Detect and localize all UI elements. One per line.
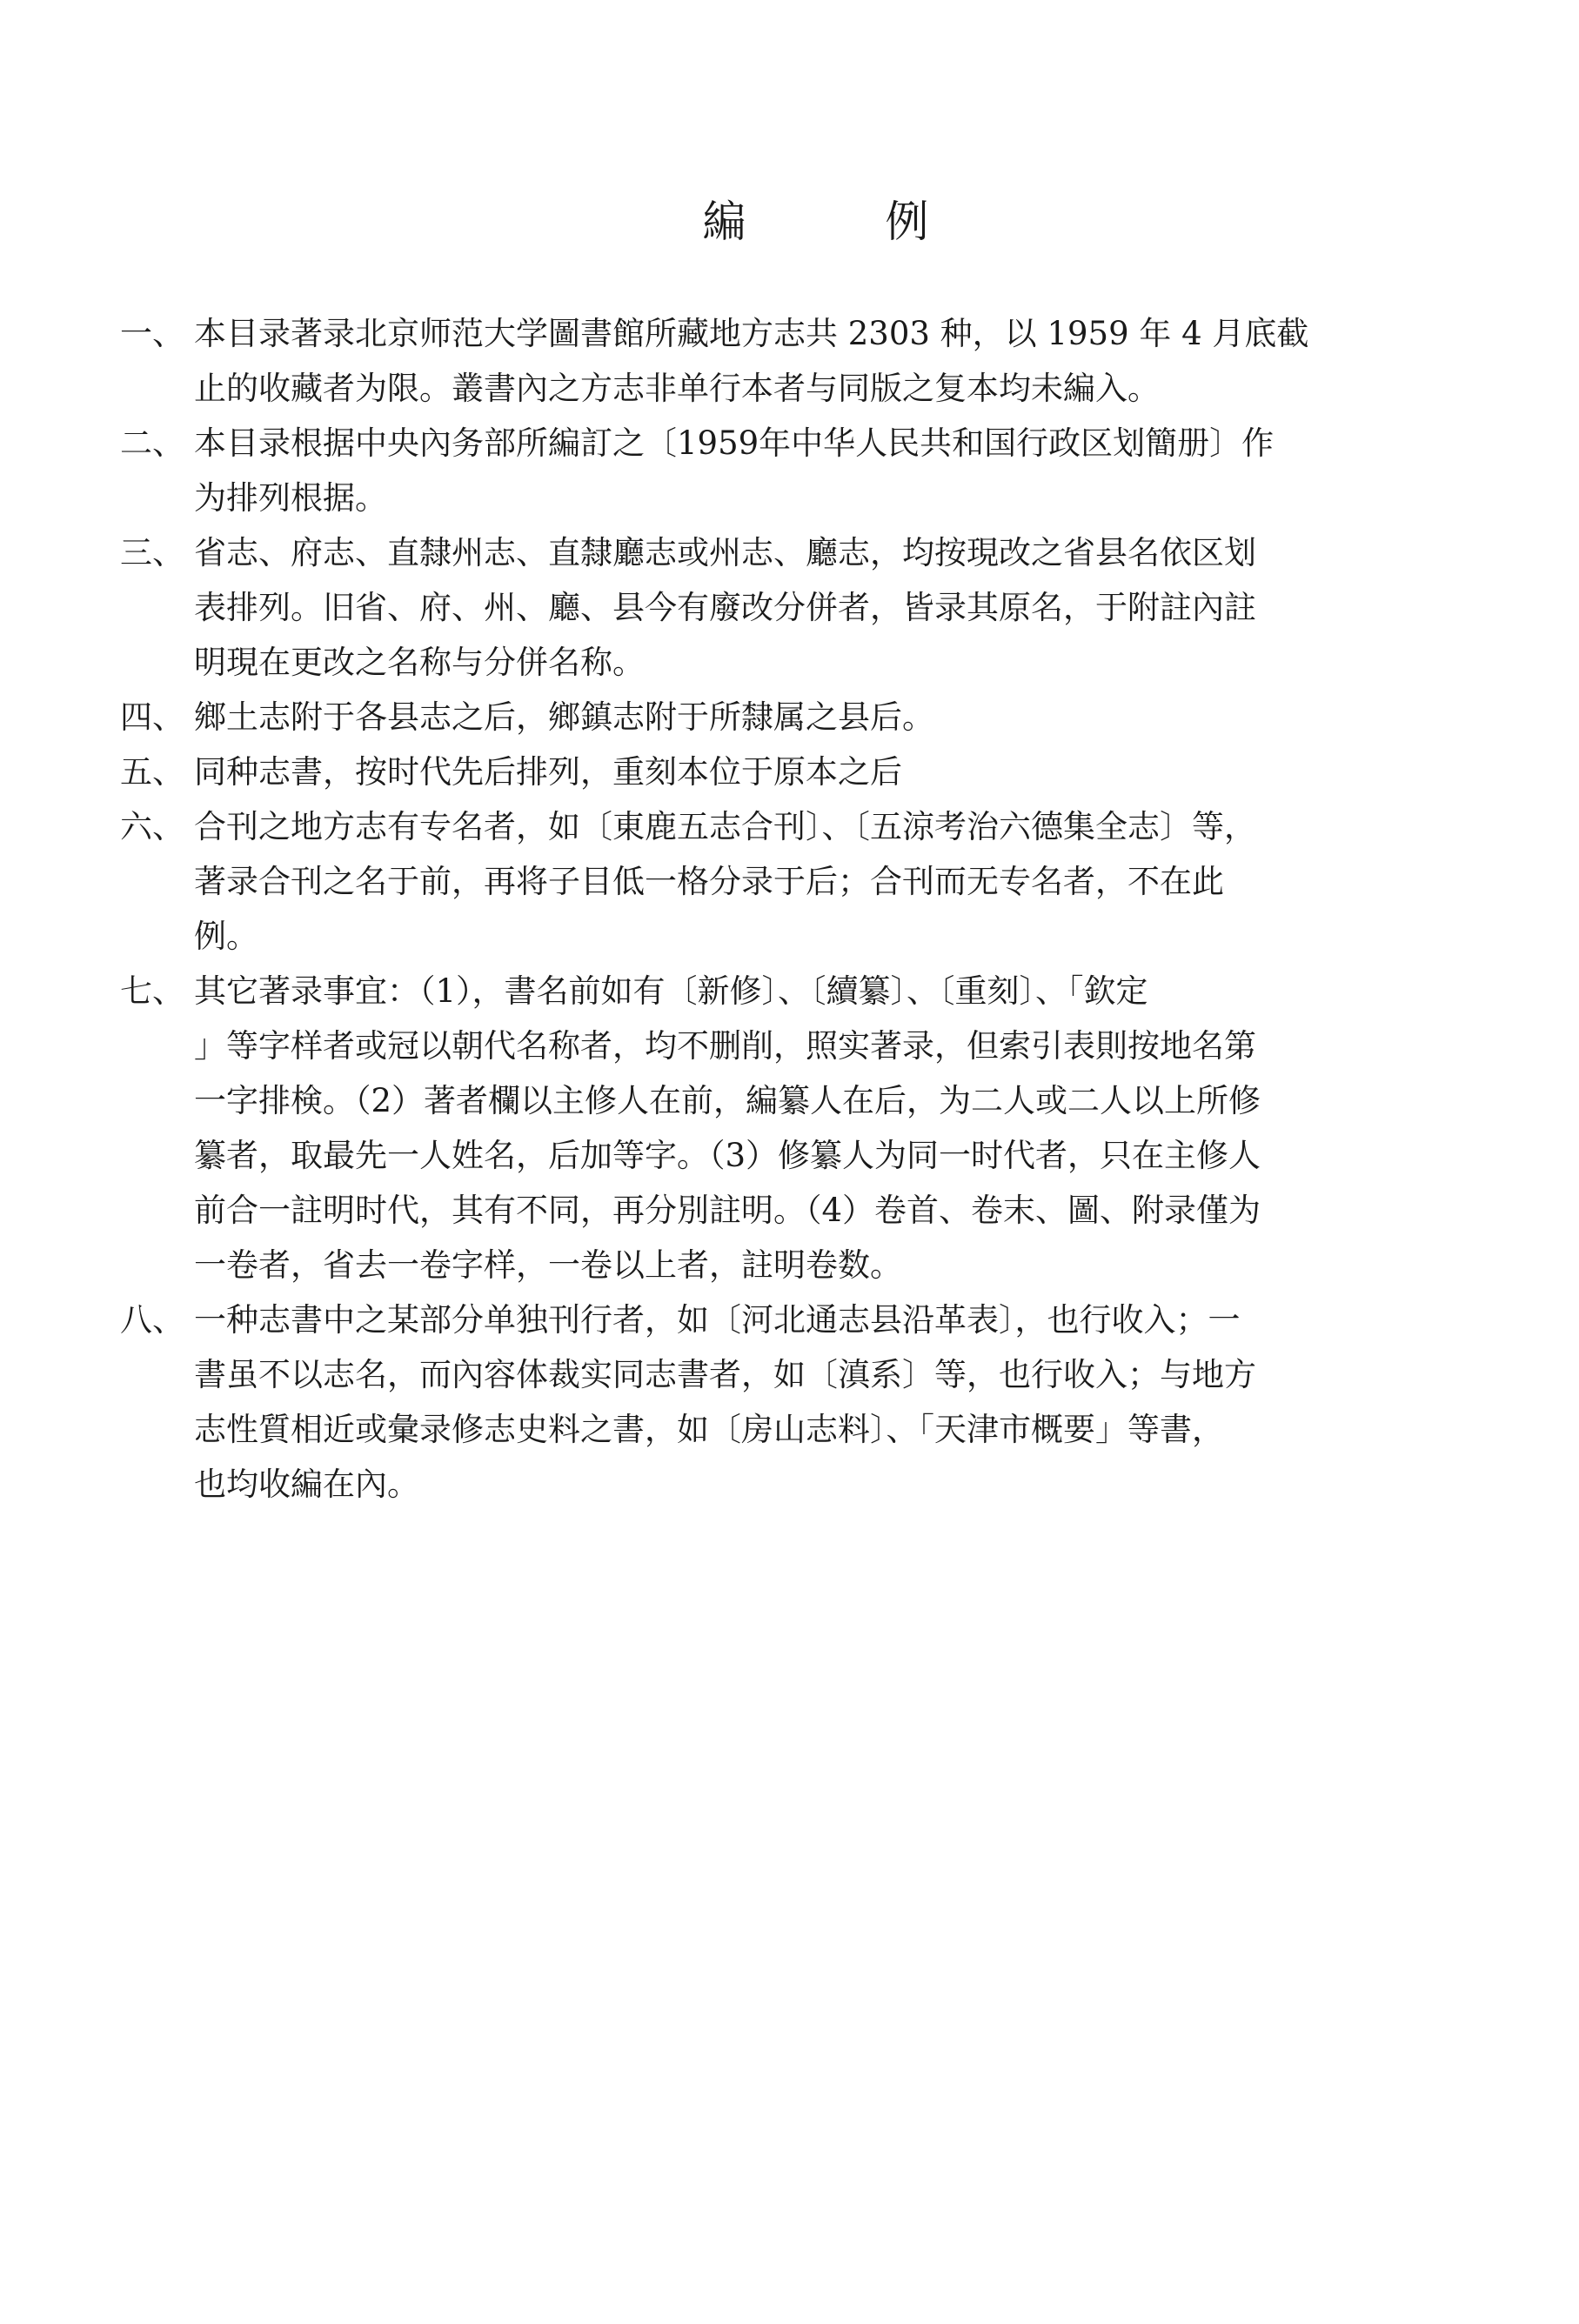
rule-item: 三、 省志、府志、直隸州志、直隸廳志或州志、廳志，均按現改之省县名依区划 表排列… <box>120 525 1399 690</box>
rule-item: 六、 合刊之地方志有专名者，如〔東鹿五志合刊〕、〔五涼考治六德集全志〕等， 著录… <box>120 799 1399 964</box>
rule-text: 省志、府志、直隸州志、直隸廳志或州志、廳志，均按現改之省县名依区划 表排列。旧省… <box>194 525 1399 690</box>
rule-line: 纂者，取最先一人姓名，后加等字。（3）修纂人为同一时代者，只在主修人 <box>194 1128 1399 1183</box>
document-page: 編例 一、 本目录著录北京师范大学圖書館所藏地方志共 2303 种，以 1959… <box>0 0 1579 2324</box>
rule-text: 其它著录事宜：（1），書名前如有〔新修〕、〔續纂〕、〔重刻〕、「欽定 」等字样者… <box>194 964 1399 1292</box>
rule-item: 七、 其它著录事宜：（1），書名前如有〔新修〕、〔續纂〕、〔重刻〕、「欽定 」等… <box>120 964 1399 1292</box>
rule-line: 其它著录事宜：（1），書名前如有〔新修〕、〔續纂〕、〔重刻〕、「欽定 <box>194 964 1399 1018</box>
rule-line: 合刊之地方志有专名者，如〔東鹿五志合刊〕、〔五涼考治六德集全志〕等， <box>194 799 1399 854</box>
rule-line: 同种志書，按时代先后排列，重刻本位于原本之后 <box>194 745 1399 799</box>
rule-line: 本目录著录北京师范大学圖書館所藏地方志共 2303 种，以 1959 年 4 月… <box>194 306 1399 361</box>
rule-number: 二、 <box>120 416 194 471</box>
rule-line: 著录合刊之名于前，再将子目低一格分录于后；合刊而无专名者，不在此 <box>194 854 1399 909</box>
rule-number: 三、 <box>120 525 194 580</box>
rule-line: 書虽不以志名，而內容体裁实同志書者，如〔滇系〕等，也行收入；与地方 <box>194 1347 1399 1402</box>
rule-line: 一种志書中之某部分单独刊行者，如〔河北通志县沿革表〕，也行收入；一 <box>194 1292 1399 1347</box>
rule-line: 例。 <box>194 909 1399 964</box>
rule-line: 止的收藏者为限。叢書內之方志非单行本者与同版之复本均未編入。 <box>194 361 1399 416</box>
rule-line: 本目录根据中央內务部所編訂之〔1959年中华人民共和国行政区划簡册〕作 <box>194 416 1399 471</box>
rule-line: 明現在更改之名称与分併名称。 <box>194 635 1399 690</box>
rule-text: 合刊之地方志有专名者，如〔東鹿五志合刊〕、〔五涼考治六德集全志〕等， 著录合刊之… <box>194 799 1399 964</box>
rule-line: 一字排検。（2）著者欄以主修人在前，編纂人在后，为二人或二人以上所修 <box>194 1073 1399 1128</box>
rule-number: 八、 <box>120 1292 194 1347</box>
rule-line: 鄉土志附于各县志之后，鄉鎮志附于所隸属之县后。 <box>194 690 1399 745</box>
rule-text: 本目录著录北京师范大学圖書館所藏地方志共 2303 种，以 1959 年 4 月… <box>194 306 1399 416</box>
rule-text: 鄉土志附于各县志之后，鄉鎮志附于所隸属之县后。 <box>194 690 1399 745</box>
rule-line: 前合一註明时代，其有不同，再分別註明。（4）卷首、卷末、圖、附录僅为 <box>194 1183 1399 1238</box>
rule-line: 为排列根据。 <box>194 471 1399 525</box>
rule-line: 也均收編在內。 <box>194 1457 1399 1512</box>
title-char: 編 <box>703 187 746 250</box>
rule-number: 六、 <box>120 799 194 854</box>
rule-line: 」等字样者或冠以朝代名称者，均不删削，照实著录，但索引表則按地名第 <box>194 1018 1399 1073</box>
rule-number: 一、 <box>120 306 194 361</box>
rule-number: 五、 <box>120 745 194 799</box>
rule-line: 志性質相近或彙录修志史料之書，如〔房山志料〕、「天津市概要」等書， <box>194 1402 1399 1457</box>
rule-text: 同种志書，按时代先后排列，重刻本位于原本之后 <box>194 745 1399 799</box>
rule-item: 五、 同种志書，按时代先后排列，重刻本位于原本之后 <box>120 745 1399 799</box>
rule-item: 一、 本目录著录北京师范大学圖書館所藏地方志共 2303 种，以 1959 年 … <box>120 306 1399 416</box>
rule-text: 本目录根据中央內务部所編訂之〔1959年中华人民共和国行政区划簡册〕作 为排列根… <box>194 416 1399 525</box>
rule-line: 省志、府志、直隸州志、直隸廳志或州志、廳志，均按現改之省县名依区划 <box>194 525 1399 580</box>
rule-item: 四、 鄉土志附于各县志之后，鄉鎮志附于所隸属之县后。 <box>120 690 1399 745</box>
title-char: 例 <box>886 187 929 250</box>
page-title: 編例 <box>0 187 1579 250</box>
rule-line: 一卷者，省去一卷字样，一卷以上者，註明卷数。 <box>194 1238 1399 1292</box>
rule-number: 四、 <box>120 690 194 745</box>
rule-text: 一种志書中之某部分单独刊行者，如〔河北通志县沿革表〕，也行收入；一 書虽不以志名… <box>194 1292 1399 1512</box>
rule-item: 二、 本目录根据中央內务部所編訂之〔1959年中华人民共和国行政区划簡册〕作 为… <box>120 416 1399 525</box>
rule-item: 八、 一种志書中之某部分单独刊行者，如〔河北通志县沿革表〕，也行收入；一 書虽不… <box>120 1292 1399 1512</box>
rule-number: 七、 <box>120 964 194 1018</box>
rule-line: 表排列。旧省、府、州、廳、县今有廢改分併者，皆录其原名，于附註內註 <box>194 580 1399 635</box>
rules-list: 一、 本目录著录北京师范大学圖書館所藏地方志共 2303 种，以 1959 年 … <box>120 306 1399 1512</box>
